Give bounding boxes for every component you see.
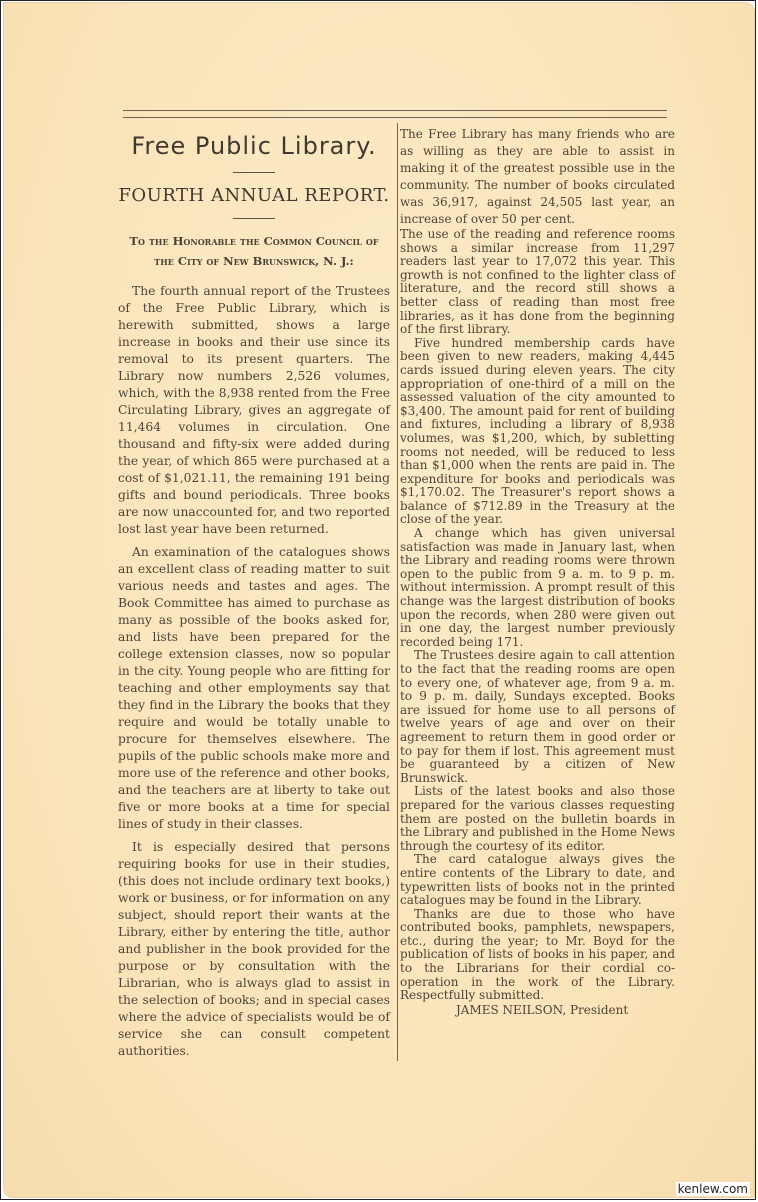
paragraph: Thanks are due to those who have contrib… <box>400 908 675 1003</box>
salutation-line-2: the City of New Brunswick, N. J.: <box>118 251 390 271</box>
report-title: FOURTH ANNUAL REPORT. <box>118 185 390 206</box>
title-rule <box>233 172 275 173</box>
paragraph: An examination of the catalogues shows a… <box>118 544 390 833</box>
paragraph: The use of the reading and reference roo… <box>400 228 675 337</box>
paragraph: Five hundred membership cards have been … <box>400 337 675 527</box>
paragraph: A change which has given universal satis… <box>400 527 675 649</box>
paragraph: The Trustees desire again to call attent… <box>400 649 675 785</box>
watermark: kenlew.com <box>676 1182 750 1196</box>
paragraph: Lists of the latest books and also those… <box>400 785 675 853</box>
salutation: To the Honorable the Common Council of t… <box>118 231 390 271</box>
column-divider <box>397 123 398 1061</box>
signature: JAMES NEILSON, President <box>400 1003 675 1017</box>
paragraph: The Free Library has many friends who ar… <box>400 126 675 228</box>
salutation-line-1: To the Honorable the Common Council of <box>118 231 390 251</box>
right-column: The Free Library has many friends who ar… <box>400 126 675 1017</box>
subtitle-rule <box>233 218 275 219</box>
paragraph: The fourth annual report of the Trustees… <box>118 283 390 538</box>
header-double-rule <box>123 110 667 118</box>
paragraph: It is especially desired that persons re… <box>118 839 390 1060</box>
left-column: Free Public Library. FOURTH ANNUAL REPOR… <box>118 126 390 1066</box>
masthead: Free Public Library. <box>118 132 390 160</box>
paper-page: Free Public Library. FOURTH ANNUAL REPOR… <box>3 2 755 1198</box>
paragraph: The card catalogue always gives the enti… <box>400 853 675 907</box>
